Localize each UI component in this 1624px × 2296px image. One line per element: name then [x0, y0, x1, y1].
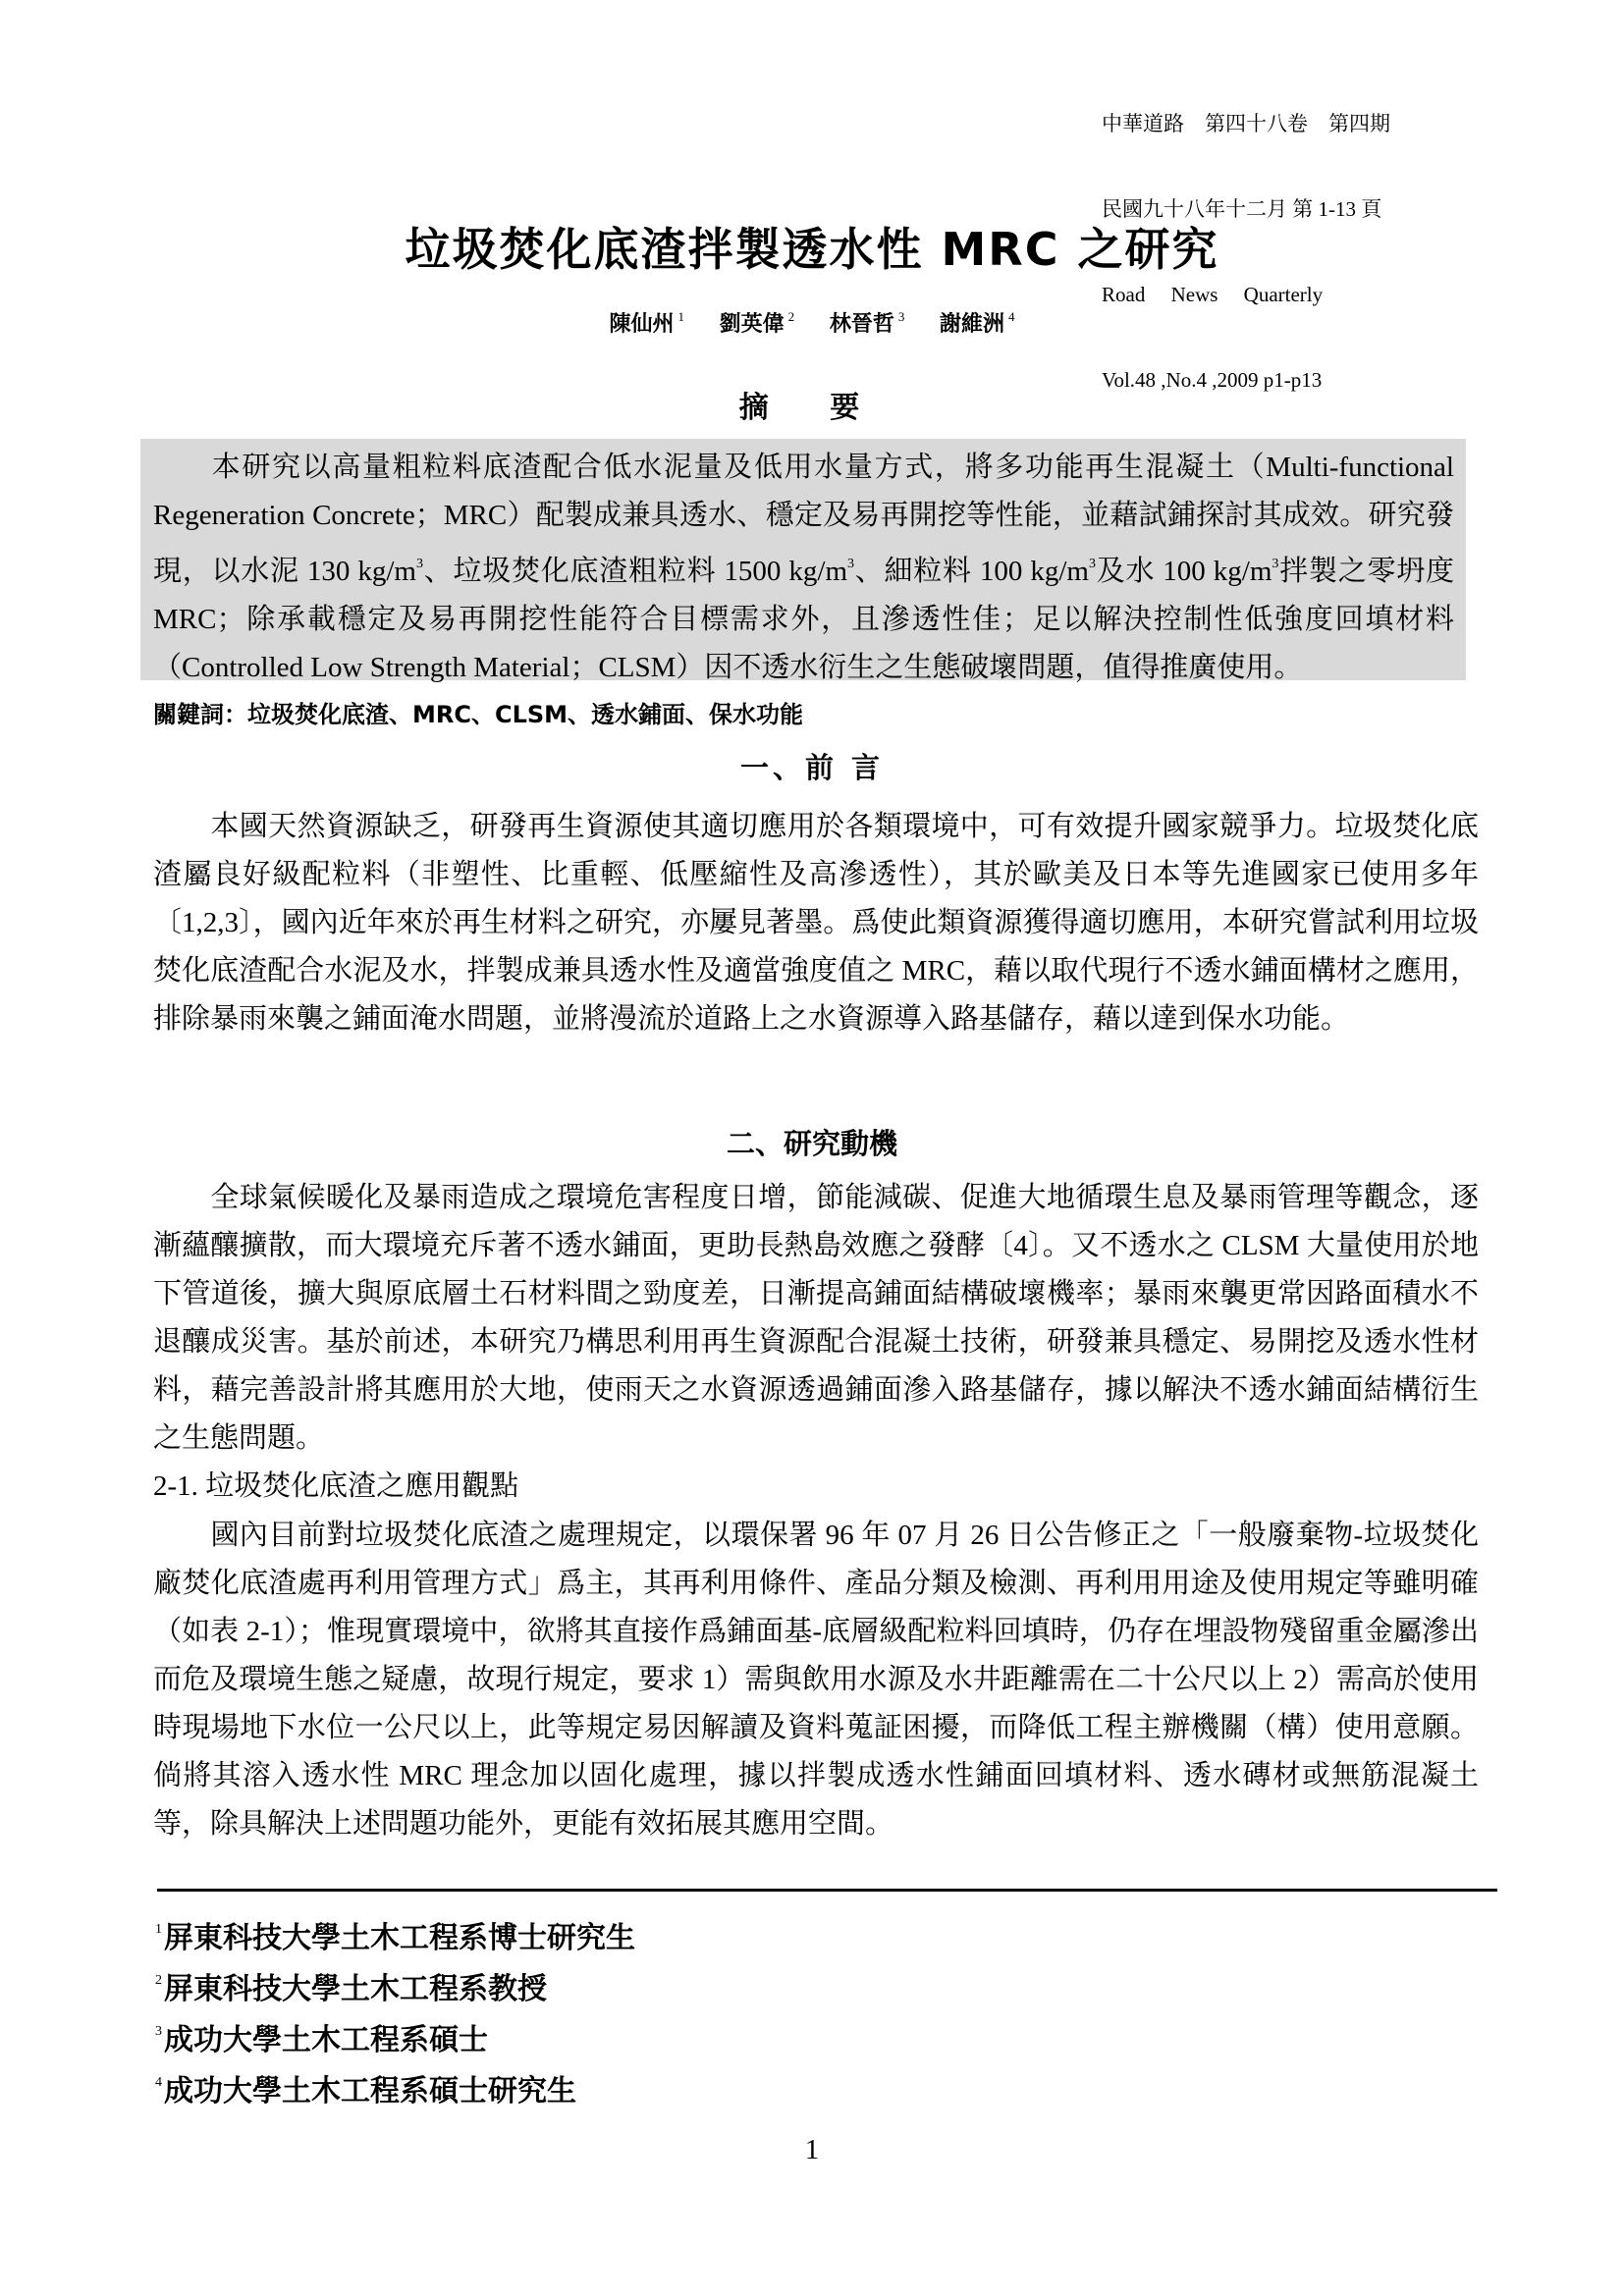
author-name: 林晉哲: [830, 312, 894, 337]
page-number: 1: [0, 2134, 1624, 2166]
paragraph-text: 國內目前對垃圾焚化底渣之處理規定，以環保署 96 年 07 月 26 日公告修正…: [153, 1520, 1479, 1840]
paragraph-text: 本國天然資源缺乏，研發再生資源使其適切應用於各類環境中，可有效提升國家競爭力。垃…: [153, 811, 1479, 1035]
footnote-marker: 2: [155, 1973, 162, 1988]
affiliation-marker: 1: [677, 309, 684, 324]
keywords: 關鍵詞：垃圾焚化底渣、MRC、CLSM、透水鋪面、保水功能: [153, 695, 1430, 729]
author-name: 劉英偉: [720, 312, 785, 337]
section-heading-motivation: 二、研究動機: [0, 1122, 1624, 1162]
footnotes: 1屏東科技大學土木工程系博士研究生 2屏東科技大學土木工程系教授 3成功大學土木…: [155, 1908, 635, 2112]
motivation-paragraph: 全球氣候暖化及暴雨造成之環境危害程度日增，節能減碳、促進大地循環生息及暴雨管理等…: [153, 1174, 1479, 1463]
author-name: 謝維洲: [940, 312, 1004, 337]
footnote-text: 成功大學土木工程系碩士: [164, 2023, 488, 2057]
section-heading-introduction: 一、前 言: [0, 746, 1624, 786]
superscript: 3: [416, 557, 423, 571]
affiliation-marker: 3: [898, 309, 905, 324]
paper-title: 垃圾焚化底渣拌製透水性 MRC 之研究: [0, 214, 1624, 279]
footnote-text: 屏東科技大學土木工程系教授: [164, 1972, 547, 2006]
footnote-marker: 1: [155, 1922, 162, 1937]
footnote-text: 成功大學土木工程系碩士研究生: [164, 2074, 576, 2109]
abstract-segment: 及水 100 kg/m: [1096, 556, 1272, 587]
abstract-segment: 、垃圾焚化底渣粗粒料 1500 kg/m: [423, 556, 847, 587]
introduction-paragraph: 本國天然資源缺乏，研發再生資源使其適切應用於各類環境中，可有效提升國家競爭力。垃…: [153, 803, 1479, 1043]
author: 謝維洲4: [940, 312, 1015, 337]
affiliation-marker: 4: [1008, 309, 1015, 324]
author-name: 陳仙州: [609, 312, 674, 337]
author: 林晉哲3: [830, 312, 905, 337]
footnote-text: 屏東科技大學土木工程系博士研究生: [164, 1921, 635, 1955]
footnote: 1屏東科技大學土木工程系博士研究生: [155, 1908, 635, 1959]
abstract-text: 本研究以高量粗粒料底渣配合低水泥量及低用水量方式，將多功能再生混凝土（Multi…: [153, 444, 1454, 692]
footnote-marker: 3: [155, 2024, 162, 2039]
journal-english-name: Road News Quarterly: [1102, 281, 1494, 309]
superscript: 3: [1089, 557, 1096, 571]
author-list: 陳仙州1 劉英偉2 林晉哲3 謝維洲4: [0, 307, 1624, 338]
footnote: 3成功大學土木工程系碩士: [155, 2010, 635, 2061]
footnote-marker: 4: [155, 2075, 162, 2090]
abstract-heading: 摘 要: [0, 383, 1624, 426]
abstract-segment: 、細粒料 100 kg/m: [854, 556, 1089, 587]
affiliation-marker: 2: [788, 309, 795, 324]
author: 劉英偉2: [720, 312, 795, 337]
author: 陳仙州1: [609, 312, 684, 337]
footnote: 4成功大學土木工程系碩士研究生: [155, 2061, 635, 2112]
subsection-paragraph: 國內目前對垃圾焚化底渣之處理規定，以環保署 96 年 07 月 26 日公告修正…: [153, 1512, 1479, 1848]
footnote-divider: [157, 1889, 1497, 1892]
subsection-heading: 2-1. 垃圾焚化底渣之應用觀點: [153, 1464, 518, 1504]
footnote: 2屏東科技大學土木工程系教授: [155, 1959, 635, 2010]
superscript: 3: [847, 557, 854, 571]
paragraph-text: 全球氣候暖化及暴雨造成之環境危害程度日增，節能減碳、促進大地循環生息及暴雨管理等…: [153, 1182, 1479, 1454]
journal-name-volume: 中華道路 第四十八卷 第四期: [1102, 110, 1494, 138]
